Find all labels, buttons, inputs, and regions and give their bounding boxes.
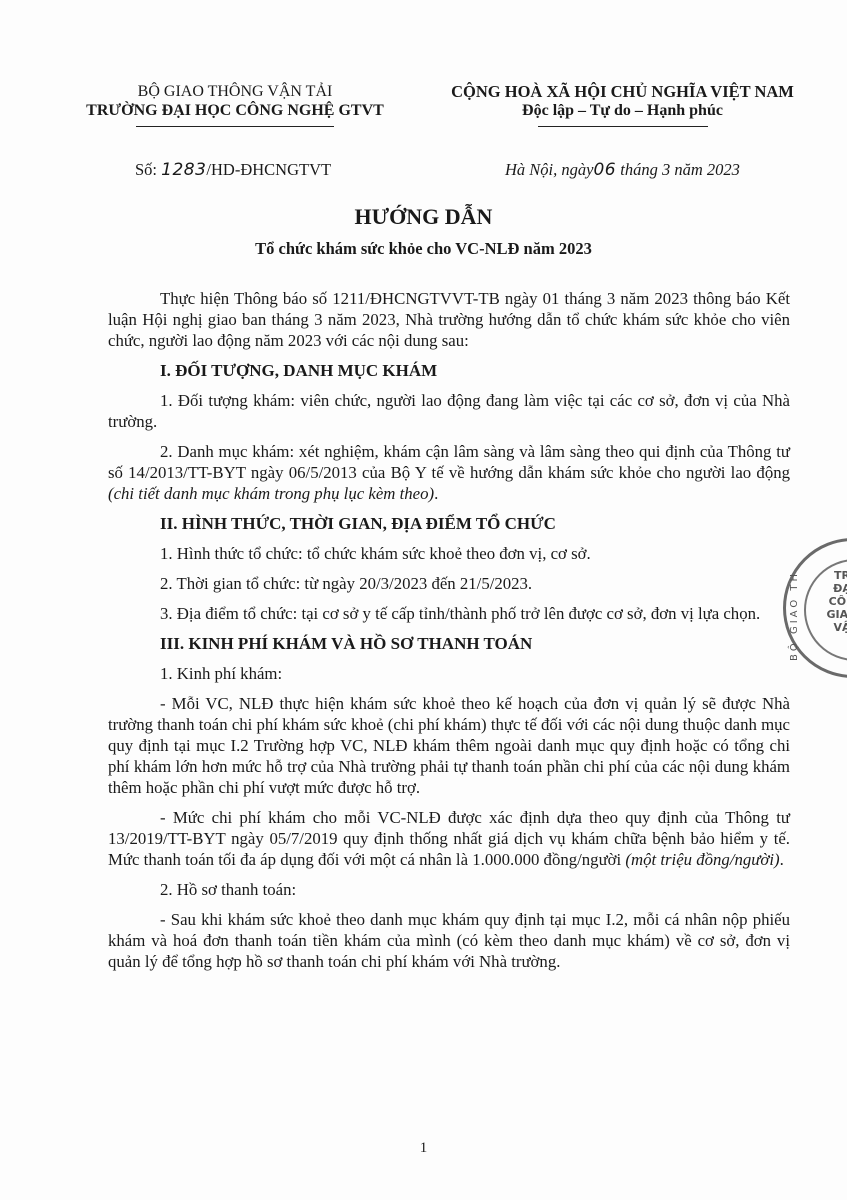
section-paragraph: - Mỗi VC, NLĐ thực hiện khám sức khoẻ th… xyxy=(108,693,790,798)
italic-note: (chi tiết danh mục khám trong phụ lục kè… xyxy=(108,484,434,503)
seal-line: VẬ xyxy=(820,621,847,634)
section-paragraph: - Sau khi khám sức khoẻ theo danh mục kh… xyxy=(108,909,790,972)
date-prefix: Hà Nội, ngày xyxy=(505,160,593,179)
header-rule xyxy=(136,126,334,127)
seal-line: ĐẠ xyxy=(820,582,847,595)
section-paragraph: 3. Địa điểm tổ chức: tại cơ sở y tế cấp … xyxy=(108,603,790,624)
section-heading: III. KINH PHÍ KHÁM VÀ HỒ SƠ THANH TOÁN xyxy=(108,633,790,655)
nation-name: CỘNG HOÀ XÃ HỘI CHỦ NGHĨA VIỆT NAM xyxy=(425,82,820,101)
document-body: Thực hiện Thông báo số 1211/ĐHCNGTVVT-TB… xyxy=(108,288,790,981)
intro-paragraph: Thực hiện Thông báo số 1211/ĐHCNGTVVT-TB… xyxy=(108,288,790,351)
section-paragraph: 2. Danh mục khám: xét nghiệm, khám cận l… xyxy=(108,441,790,504)
section-paragraph: 2. Thời gian tổ chức: từ ngày 20/3/2023 … xyxy=(108,573,790,594)
date-day-handwritten: 06 xyxy=(593,160,616,180)
section-paragraph: 1. Đối tượng khám: viên chức, người lao … xyxy=(108,390,790,432)
page-number: 1 xyxy=(0,1140,847,1157)
date-suffix: tháng 3 năm 2023 xyxy=(616,160,740,179)
seal-ring-text: BỘ GIAO TH xyxy=(789,571,800,661)
document-number: Số: 1283/HD-ĐHCNGTVT xyxy=(135,160,331,180)
school-name: TRƯỜNG ĐẠI HỌC CÔNG NGHỆ GTVT xyxy=(70,101,400,120)
section-paragraph: 1. Hình thức tổ chức: tổ chức khám sức k… xyxy=(108,543,790,564)
italic-note: (một triệu đồng/người) xyxy=(625,850,779,869)
doc-number-handwritten: 1283 xyxy=(161,160,206,180)
seal-line: GIAO xyxy=(820,608,847,621)
motto-rule xyxy=(538,126,708,127)
seal-center-text: TRĐẠCÔNGIAOVẬ xyxy=(820,569,847,634)
document-page: BỘ GIAO THÔNG VẬN TẢI TRƯỜNG ĐẠI HỌC CÔN… xyxy=(0,0,847,1200)
issuer-header: BỘ GIAO THÔNG VẬN TẢI TRƯỜNG ĐẠI HỌC CÔN… xyxy=(70,82,400,127)
ministry-name: BỘ GIAO THÔNG VẬN TẢI xyxy=(70,82,400,101)
seal-line: TR xyxy=(820,569,847,582)
section-paragraph: - Mức chi phí khám cho mỗi VC-NLĐ được x… xyxy=(108,807,790,870)
document-title: HƯỚNG DẪN xyxy=(0,204,847,230)
sections: I. ĐỐI TƯỢNG, DANH MỤC KHÁM1. Đối tượng … xyxy=(108,360,790,972)
section-paragraph: 2. Hồ sơ thanh toán: xyxy=(108,879,790,900)
section-heading: II. HÌNH THỨC, THỜI GIAN, ĐỊA ĐIỂM TỔ CH… xyxy=(108,513,790,535)
document-date: Hà Nội, ngày06 tháng 3 năm 2023 xyxy=(505,160,740,180)
doc-number-label: Số: xyxy=(135,160,161,179)
section-paragraph: 1. Kinh phí khám: xyxy=(108,663,790,684)
official-seal: BỘ GIAO TH TRĐẠCÔNGIAOVẬ xyxy=(783,538,847,678)
section-heading: I. ĐỐI TƯỢNG, DANH MỤC KHÁM xyxy=(108,360,790,382)
seal-line: CÔN xyxy=(820,595,847,608)
doc-number-code: /HD-ĐHCNGTVT xyxy=(206,160,331,179)
document-subtitle: Tổ chức khám sức khỏe cho VC-NLĐ năm 202… xyxy=(0,239,847,259)
national-motto: Độc lập – Tự do – Hạnh phúc xyxy=(425,101,820,120)
national-header: CỘNG HOÀ XÃ HỘI CHỦ NGHĨA VIỆT NAM Độc l… xyxy=(425,82,820,127)
